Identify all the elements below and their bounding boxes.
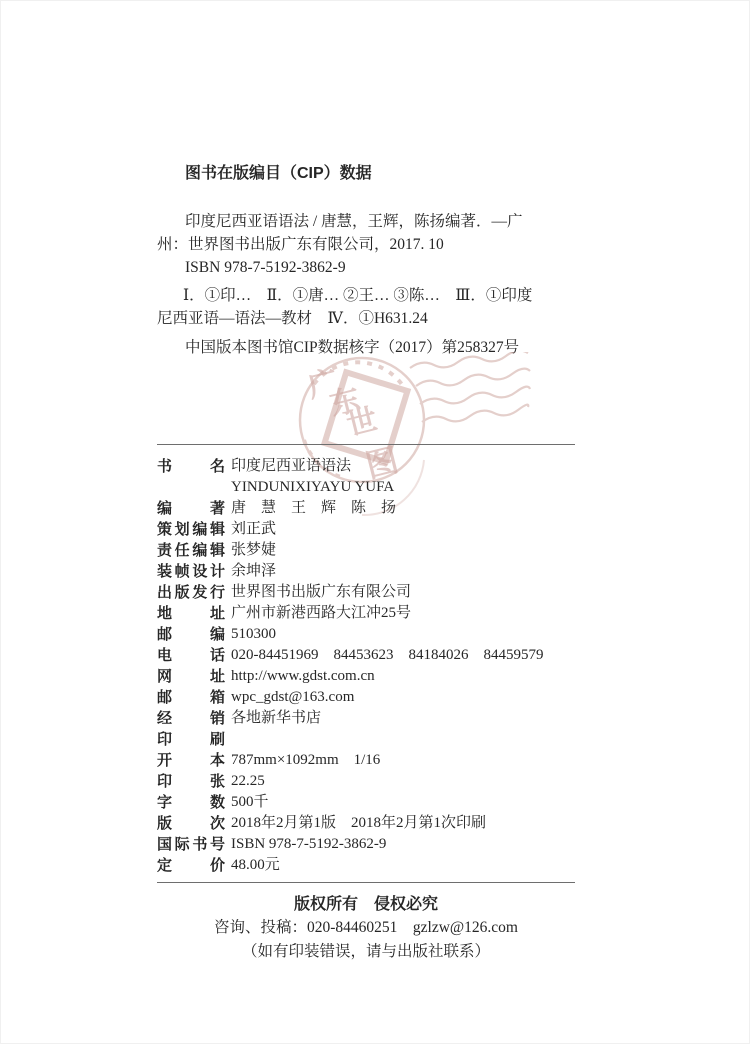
colophon-value: 刘正武 xyxy=(231,519,276,540)
colophon-label: 邮编 xyxy=(157,624,225,645)
colophon-label: 印刷 xyxy=(157,729,225,750)
colophon-label: 网址 xyxy=(157,666,225,687)
colophon-row: 策划编辑刘正武 xyxy=(157,519,587,540)
colophon-label: 责任编辑 xyxy=(157,540,225,561)
colophon-row: 印刷 xyxy=(157,729,587,750)
colophon-row: 书名印度尼西亚语语法 xyxy=(157,456,587,477)
colophon-label: 出版发行 xyxy=(157,582,225,603)
stamp-char-shi: 世 xyxy=(344,403,381,442)
colophon-row: 编著唐 慧 王 辉 陈 扬 xyxy=(157,498,587,519)
copyright-notice: 版权所有 侵权必究 xyxy=(294,896,438,913)
cip-entry-line2: 州：世界图书出版广东有限公司，2017. 10 xyxy=(157,233,444,256)
colophon-row: 印张22.25 xyxy=(157,771,587,792)
cip-header: 图书在版编目（CIP）数据 xyxy=(185,162,372,185)
colophon-value: wpc_gdst@163.com xyxy=(231,687,354,708)
colophon-row: 邮编510300 xyxy=(157,624,587,645)
colophon-value: 510300 xyxy=(231,624,276,645)
errata-line: （如有印装错误，请与出版社联系） xyxy=(157,939,575,961)
colophon-row: 邮箱wpc_gdst@163.com xyxy=(157,687,587,708)
colophon-label: 地址 xyxy=(157,603,225,624)
colophon-label: 经销 xyxy=(157,708,225,729)
colophon-table: 书名印度尼西亚语语法 YINDUNIXIYAYU YUFA 编著唐 慧 王 辉 … xyxy=(157,456,587,876)
top-divider-rule xyxy=(157,444,575,445)
colophon-value: 020-84451969 84453623 84184026 84459579 xyxy=(231,645,544,666)
colophon-label: 印张 xyxy=(157,771,225,792)
colophon-value: 印度尼西亚语语法 xyxy=(231,456,351,477)
colophon-row: 国际书号ISBN 978-7-5192-3862-9 xyxy=(157,834,587,855)
colophon-label: 字数 xyxy=(157,792,225,813)
contact-line: 咨询、投稿：020-84460251 gzlzw@126.com xyxy=(157,915,575,937)
contact-info: 咨询、投稿：020-84460251 gzlzw@126.com xyxy=(214,919,518,936)
colophon-value: 张梦婕 xyxy=(231,540,276,561)
cip-record-number: 中国版本图书馆CIP数据核字（2017）第258327号 xyxy=(185,336,519,359)
colophon-value: 广州市新港西路大江冲25号 xyxy=(231,603,411,624)
colophon-row: 版次2018年2月第1版 2018年2月第1次印刷 xyxy=(157,813,587,834)
cip-class-line2: 尼西亚语—语法—教材 Ⅳ．①H631.24 xyxy=(157,307,428,330)
colophon-row: 定价48.00元 xyxy=(157,855,587,876)
colophon-label: 电话 xyxy=(157,645,225,666)
colophon-row: 经销各地新华书店 xyxy=(157,708,587,729)
colophon-label: 装帧设计 xyxy=(157,561,225,582)
colophon-value: 500千 xyxy=(231,792,269,813)
cip-class-line1: Ⅰ．①印… Ⅱ．①唐… ②王… ③陈… Ⅲ．①印度 xyxy=(183,284,532,307)
colophon-row: 出版发行世界图书出版广东有限公司 xyxy=(157,582,587,603)
colophon-row: 装帧设计余坤泽 xyxy=(157,561,587,582)
colophon-value: 48.00元 xyxy=(231,855,280,876)
colophon-value: 余坤泽 xyxy=(231,561,276,582)
stamp-char-guang: 广 xyxy=(305,365,342,404)
colophon-row: 字数500千 xyxy=(157,792,587,813)
colophon-value: http://www.gdst.com.cn xyxy=(231,666,375,687)
colophon-label: 书名 xyxy=(157,456,225,477)
cip-entry-isbn: ISBN 978-7-5192-3862-9 xyxy=(185,256,346,279)
colophon-row: YINDUNIXIYAYU YUFA xyxy=(157,477,587,498)
colophon-value: 2018年2月第1版 2018年2月第1次印刷 xyxy=(231,813,486,834)
copyright-notice-line: 版权所有 侵权必究 xyxy=(157,891,575,914)
colophon-label: 定价 xyxy=(157,855,225,876)
colophon-value: 唐 慧 王 辉 陈 扬 xyxy=(231,498,396,519)
stamp-char-dong: 东 xyxy=(327,383,364,422)
colophon-row: 电话020-84451969 84453623 84184026 8445957… xyxy=(157,645,587,666)
colophon-value: 787mm×1092mm 1/16 xyxy=(231,750,380,771)
colophon-row: 地址广州市新港西路大江冲25号 xyxy=(157,603,587,624)
colophon-label: 国际书号 xyxy=(157,834,225,855)
colophon-value-pinyin: YINDUNIXIYAYU YUFA xyxy=(231,477,394,498)
colophon-value: 世界图书出版广东有限公司 xyxy=(231,582,411,603)
colophon-value: 22.25 xyxy=(231,771,265,792)
copyright-page: 图书在版编目（CIP）数据 印度尼西亚语语法 / 唐慧，王辉，陈扬编著．—广 州… xyxy=(0,0,750,1044)
colophon-label: 编著 xyxy=(157,498,225,519)
colophon-label: 策划编辑 xyxy=(157,519,225,540)
colophon-label: 开本 xyxy=(157,750,225,771)
colophon-value: 各地新华书店 xyxy=(231,708,321,729)
colophon-row: 责任编辑张梦婕 xyxy=(157,540,587,561)
errata-note: （如有印装错误，请与出版社联系） xyxy=(242,943,490,960)
bottom-divider-rule xyxy=(157,882,575,883)
colophon-label: 邮箱 xyxy=(157,687,225,708)
colophon-row: 网址http://www.gdst.com.cn xyxy=(157,666,587,687)
colophon-label: 版次 xyxy=(157,813,225,834)
colophon-value: ISBN 978-7-5192-3862-9 xyxy=(231,834,386,855)
cip-entry-line1: 印度尼西亚语语法 / 唐慧，王辉，陈扬编著．—广 xyxy=(185,210,523,233)
colophon-row: 开本787mm×1092mm 1/16 xyxy=(157,750,587,771)
